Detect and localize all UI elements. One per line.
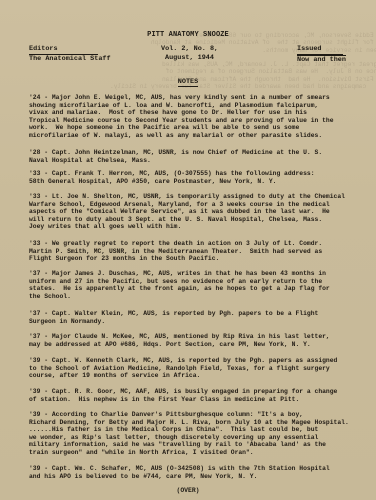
note-entry-33-smith: '33 - We greatly regret to report the de… — [29, 240, 359, 263]
volume-number: Vol. 2, No. 8, — [161, 45, 218, 53]
note-entry-33-shelton: '33 - Lt. Joe N. Shelton, MC, USNR, is t… — [29, 193, 359, 231]
header-issued: Issued Now and then — [297, 45, 346, 65]
editors-value: The Anatomical Staff — [29, 55, 111, 63]
document-page: '41 - Capt. Eddie Severson, MC, accordin… — [0, 0, 376, 500]
header-editors: Editors The Anatomical Staff — [29, 45, 111, 64]
note-entry-37-mckee: '37 - Major Claude N. McKee, MC, AUS, me… — [29, 333, 359, 348]
note-entry-37-duschas: '37 - Major James J. Duschas, MC, AUS, w… — [29, 270, 359, 300]
editors-label: Editors — [29, 45, 98, 55]
note-entry-24-weigel: '24 - Major John E. Weigel, MC, AUS, has… — [29, 94, 359, 140]
issued-value: Now and then — [297, 55, 346, 65]
notes-heading: NOTES — [0, 78, 376, 86]
note-entry-39-schafer: '39 - Capt. Wm. C. Schafer, MC, AUS (O-3… — [29, 465, 359, 480]
note-entry-33-herron: '33 - Capt. Frank T. Herron, MC, AUS, (O… — [29, 170, 359, 185]
issued-label: Issued — [297, 45, 343, 55]
note-entry-39-riva: '39 - According to Charlie Danver's Pitt… — [29, 411, 359, 457]
issue-date: August, 1944 — [161, 54, 214, 62]
page-footer-over: (OVER) — [0, 487, 376, 494]
note-entry-39-clark: '39 - Capt. W. Kenneth Clark, MC, AUS, i… — [29, 357, 359, 380]
header-volume: Vol. 2, No. 8, August, 1944 — [161, 45, 218, 63]
note-entry-28-heintzelman: '28 - Capt. John Heintzelman, MC, USNR, … — [29, 149, 359, 164]
document-title: PITT ANATOMY SNOOZE — [0, 31, 376, 39]
note-entry-39-goor: '39 - Capt. R. R. Goor, MC, AAF, AUS, is… — [29, 388, 359, 403]
note-entry-37-klein: '37 - Capt. Walter Klein, MC, AUS, is re… — [29, 310, 359, 325]
